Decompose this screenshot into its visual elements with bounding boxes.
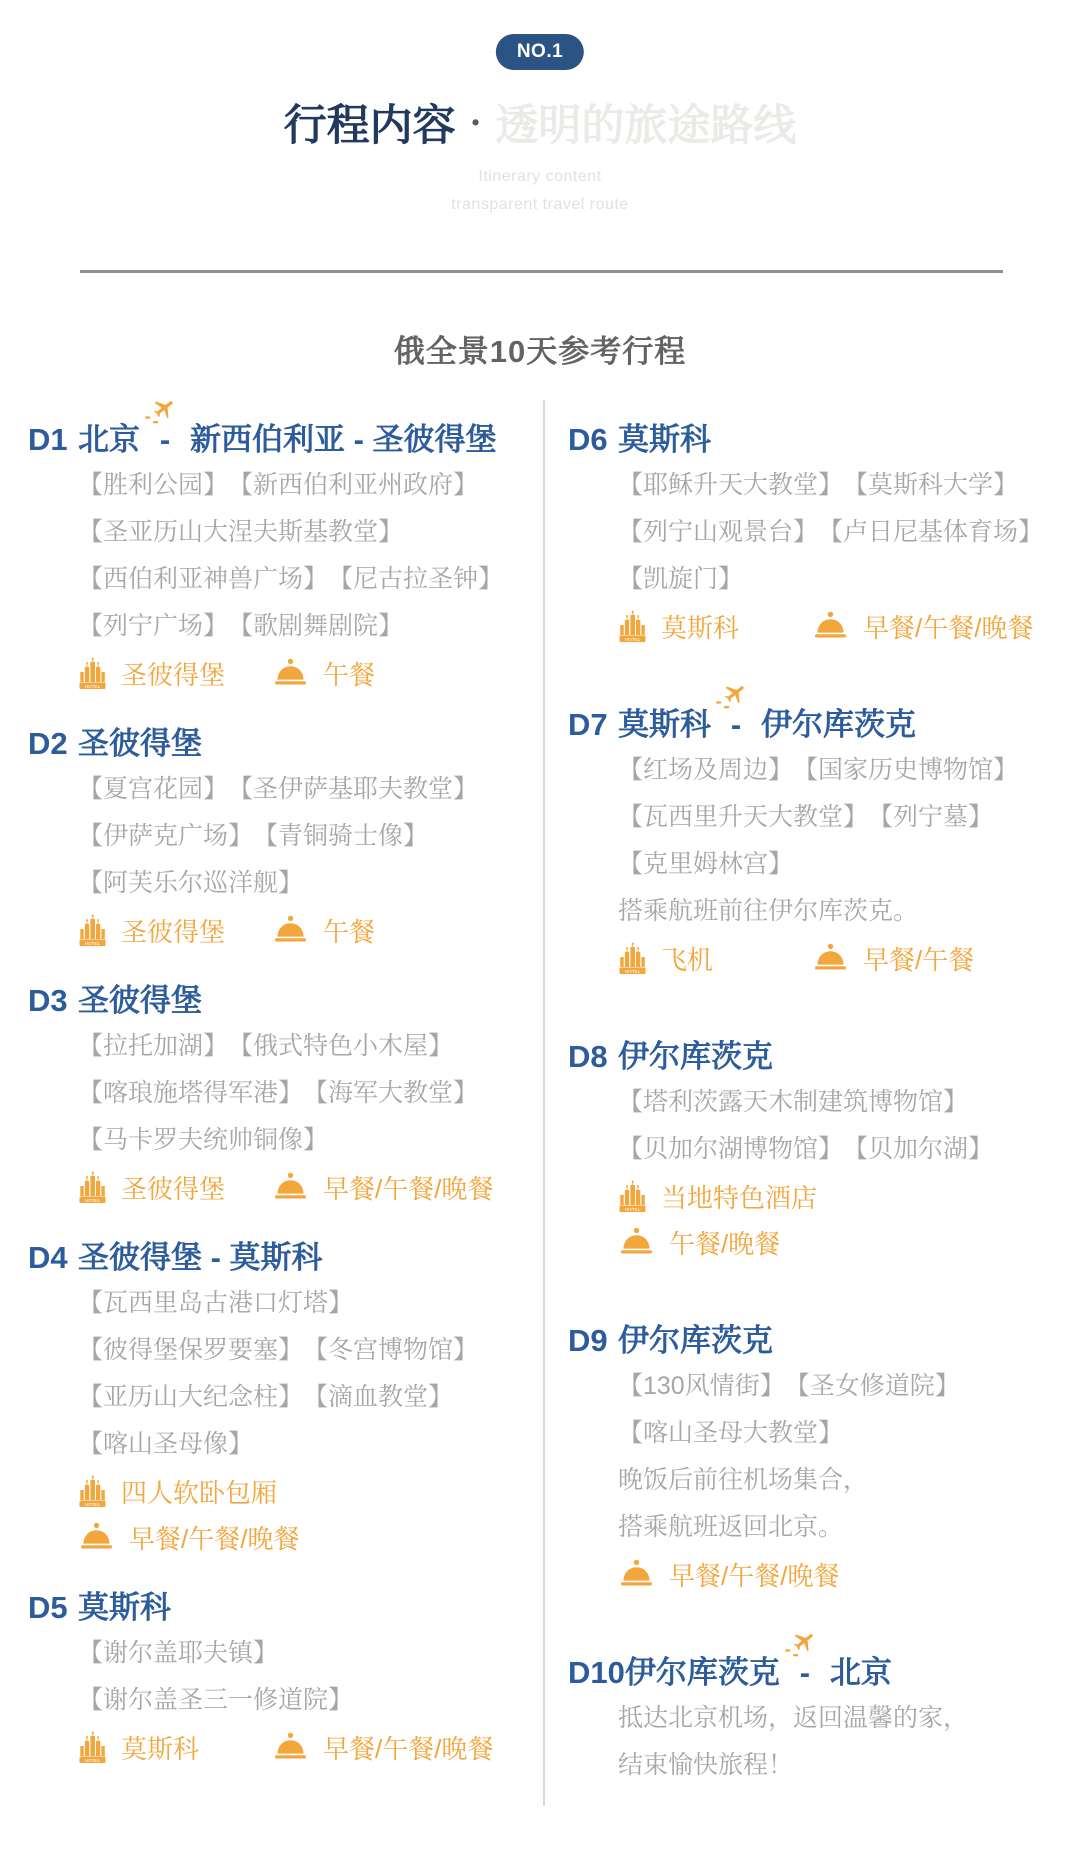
attractions-line: 【贝加尔湖博物馆】 【贝加尔湖】 (618, 1126, 1073, 1173)
day-label: D1 (28, 418, 78, 462)
hotel-icon (618, 610, 647, 643)
meal-icon (812, 943, 849, 973)
route-city: 伊尔库茨克 (625, 1655, 780, 1690)
day-route: 伊尔库茨克 (618, 1319, 773, 1363)
day-block-d6: D6 莫斯科 【耶稣升天大教堂】 【莫斯科大学】 【列宁山观景台】 【卢日尼基体… (568, 418, 1073, 649)
meal-icon (272, 1732, 309, 1762)
attractions-line: 【喀琅施塔得军港】 【海军大教堂】 (78, 1070, 533, 1117)
page-title-main: 行程内容 (284, 101, 456, 151)
hotel-badge: 当地特色酒店 (618, 1178, 817, 1215)
attractions-line: 【列宁山观景台】 【卢日尼基体育场】 (618, 509, 1073, 556)
attractions-line: 【瓦西里岛古港口灯塔】 (78, 1280, 533, 1327)
itinerary-column-left: D1 北京-新西伯利亚 - 圣彼得堡 【胜利公园】 【新西伯利亚州政府】 【圣亚… (28, 418, 533, 1796)
hotel-badge: 莫斯科 (618, 608, 790, 645)
attractions-line: 【彼得堡保罗要塞】 【冬宫博物馆】 (78, 1327, 533, 1374)
note-line: 晚饭后前往机场集合， (618, 1457, 1073, 1504)
meal-icon (618, 1559, 655, 1589)
meal-badge: 午餐 (272, 655, 375, 692)
hotel-badge: 四人软卧包厢 (78, 1473, 277, 1510)
meal-icon (272, 658, 309, 688)
day-body: 【胜利公园】 【新西伯利亚州政府】 【圣亚历山大涅夫斯基教堂】 【西伯利亚神兽广… (78, 462, 533, 696)
day-route: 圣彼得堡 (78, 979, 202, 1023)
day-body: 抵达北京机场，返回温馨的家， 结束愉快旅程！ (618, 1695, 1073, 1789)
horizontal-divider (80, 270, 1003, 273)
attractions-line: 【亚历山大纪念柱】 【滴血教堂】 (78, 1374, 533, 1421)
flight-segment: - (780, 1651, 830, 1695)
meal-text: 早餐/午餐/晚餐 (323, 1169, 493, 1206)
attractions-line: 【列宁广场】 【歌剧舞剧院】 (78, 603, 533, 650)
hotel-badge: 圣彼得堡 (78, 912, 250, 949)
day-block-d7: D7 莫斯科-伊尔库茨克 【红场及周边】 【国家历史博物馆】 【瓦西里升天大教堂… (568, 703, 1073, 981)
day-block-d9: D9 伊尔库茨克 【130风情街】 【圣女修道院】 【喀山圣母大教堂】 晚饭后前… (568, 1319, 1073, 1597)
hotel-badge: 莫斯科 (78, 1729, 250, 1766)
attractions-line: 【130风情街】 【圣女修道院】 (618, 1363, 1073, 1410)
itinerary-page: NO.1 行程内容·透明的旅途路线 Itinerary content tran… (0, 0, 1080, 1853)
attractions-line: 【耶稣升天大教堂】 【莫斯科大学】 (618, 462, 1073, 509)
column-divider (543, 400, 545, 1806)
meal-row: 午餐/晚餐 (618, 1219, 1073, 1265)
flight-dash: - (800, 1655, 810, 1690)
hotel-badge: 圣彼得堡 (78, 655, 250, 692)
hotel-name: 四人软卧包厢 (121, 1473, 277, 1510)
meal-badge: 早餐/午餐/晚餐 (272, 1729, 493, 1766)
day-route: 北京-新西伯利亚 - 圣彼得堡 (78, 418, 497, 462)
hotel-icon (618, 1180, 647, 1213)
day-route: 莫斯科 (618, 418, 711, 462)
itinerary-column-right: D6 莫斯科 【耶稣升天大教堂】 【莫斯科大学】 【列宁山观景台】 【卢日尼基体… (568, 418, 1073, 1843)
airplane-icon (784, 1626, 824, 1660)
hotel-name: 莫斯科 (121, 1729, 199, 1766)
section-number-badge: NO.1 (496, 34, 584, 70)
attractions-line: 【夏宫花园】 【圣伊萨基耶夫教堂】 (78, 766, 533, 813)
meal-text: 早餐/午餐 (863, 940, 974, 977)
title-dot-separator: · (470, 103, 482, 143)
day-title: D8 伊尔库茨克 (568, 1035, 1073, 1079)
hotel-icon (78, 1731, 107, 1764)
day-block-d1: D1 北京-新西伯利亚 - 圣彼得堡 【胜利公园】 【新西伯利亚州政府】 【圣亚… (28, 418, 533, 696)
meal-text: 午餐 (323, 912, 375, 949)
day-body: 【塔利茨露天木制建筑博物馆】 【贝加尔湖博物馆】 【贝加尔湖】 当地特色酒店 午… (618, 1079, 1073, 1265)
flight-segment: - (711, 703, 761, 747)
day-block-d3: D3 圣彼得堡 【拉托加湖】 【俄式特色小木屋】 【喀琅施塔得军港】 【海军大教… (28, 979, 533, 1210)
note-line: 结束愉快旅程！ (618, 1742, 1073, 1789)
airplane-icon (715, 678, 755, 712)
attractions-line: 【谢尔盖耶夫镇】 (78, 1630, 533, 1677)
day-label: D4 (28, 1236, 78, 1280)
meal-icon (78, 1522, 115, 1552)
day-route: 圣彼得堡 - 莫斯科 (78, 1236, 323, 1280)
hotel-icon (78, 1171, 107, 1204)
route-city: 北京 (78, 422, 140, 457)
day-route: 莫斯科-伊尔库茨克 (618, 703, 916, 747)
subtitle-english-2: transparent travel route (0, 196, 1080, 214)
hotel-name: 圣彼得堡 (121, 912, 225, 949)
meal-text: 早餐/午餐/晚餐 (129, 1519, 299, 1556)
hotel-meal-row: 飞机 早餐/午餐 (618, 935, 1073, 981)
meal-badge: 早餐/午餐/晚餐 (78, 1519, 299, 1556)
day-label: D5 (28, 1586, 78, 1630)
day-block-d4: D4 圣彼得堡 - 莫斯科 【瓦西里岛古港口灯塔】 【彼得堡保罗要塞】 【冬宫博… (28, 1236, 533, 1560)
hotel-row: 当地特色酒店 (618, 1173, 1073, 1219)
attractions-line: 【喀山圣母大教堂】 (618, 1410, 1073, 1457)
meal-text: 早餐/午餐/晚餐 (323, 1729, 493, 1766)
flight-dash: - (160, 422, 170, 457)
day-body: 【瓦西里岛古港口灯塔】 【彼得堡保罗要塞】 【冬宫博物馆】 【亚历山大纪念柱】 … (78, 1280, 533, 1560)
hotel-name: 圣彼得堡 (121, 655, 225, 692)
attractions-line: 【喀山圣母像】 (78, 1421, 533, 1468)
route-city: 伊尔库茨克 (761, 707, 916, 742)
hotel-name: 当地特色酒店 (661, 1178, 817, 1215)
meal-row: 早餐/午餐/晚餐 (78, 1514, 533, 1560)
attractions-line: 【西伯利亚神兽广场】 【尼古拉圣钟】 (78, 556, 533, 603)
day-label: D3 (28, 979, 78, 1023)
flight-dash: - (731, 707, 741, 742)
day-body: 【红场及周边】 【国家历史博物馆】 【瓦西里升天大教堂】 【列宁墓】 【克里姆林… (618, 747, 1073, 981)
meal-badge: 午餐 (272, 912, 375, 949)
attractions-line: 【胜利公园】 【新西伯利亚州政府】 (78, 462, 533, 509)
day-label: D9 (568, 1319, 618, 1363)
hotel-badge: 圣彼得堡 (78, 1169, 250, 1206)
meal-badge: 早餐/午餐 (812, 940, 974, 977)
day-body: 【耶稣升天大教堂】 【莫斯科大学】 【列宁山观景台】 【卢日尼基体育场】 【凯旋… (618, 462, 1073, 649)
day-block-d8: D8 伊尔库茨克 【塔利茨露天木制建筑博物馆】 【贝加尔湖博物馆】 【贝加尔湖】… (568, 1035, 1073, 1265)
day-block-d2: D2 圣彼得堡 【夏宫花园】 【圣伊萨基耶夫教堂】 【伊萨克广场】 【青铜骑士像… (28, 722, 533, 953)
day-route: 莫斯科 (78, 1586, 171, 1630)
airplane-icon (144, 393, 184, 427)
day-title: D7 莫斯科-伊尔库茨克 (568, 703, 1073, 747)
meal-icon (812, 611, 849, 641)
day-title: D3 圣彼得堡 (28, 979, 533, 1023)
attractions-line: 【阿芙乐尔巡洋舰】 (78, 860, 533, 907)
meal-text: 早餐/午餐/晚餐 (863, 608, 1033, 645)
hotel-name: 莫斯科 (661, 608, 739, 645)
day-title: D10 伊尔库茨克-北京 (568, 1651, 1073, 1695)
page-title: 行程内容·透明的旅途路线 (0, 92, 1080, 153)
note-line: 搭乘航班返回北京。 (618, 1504, 1073, 1551)
attractions-line: 【瓦西里升天大教堂】 【列宁墓】 (618, 794, 1073, 841)
route-city: 莫斯科 (618, 707, 711, 742)
attractions-line: 【马卡罗夫统帅铜像】 (78, 1117, 533, 1164)
day-body: 【夏宫花园】 【圣伊萨基耶夫教堂】 【伊萨克广场】 【青铜骑士像】 【阿芙乐尔巡… (78, 766, 533, 953)
day-body: 【130风情街】 【圣女修道院】 【喀山圣母大教堂】 晚饭后前往机场集合， 搭乘… (618, 1363, 1073, 1597)
day-label: D8 (568, 1035, 618, 1079)
note-line: 抵达北京机场，返回温馨的家， (618, 1695, 1073, 1742)
attractions-line: 【圣亚历山大涅夫斯基教堂】 (78, 509, 533, 556)
day-route: 伊尔库茨克-北京 (625, 1651, 892, 1695)
attractions-line: 【红场及周边】 【国家历史博物馆】 (618, 747, 1073, 794)
day-block-d5: D5 莫斯科 【谢尔盖耶夫镇】 【谢尔盖圣三一修道院】 莫斯科 早餐/午餐/晚餐 (28, 1586, 533, 1770)
hotel-icon (78, 1475, 107, 1508)
hotel-meal-row: 莫斯科 早餐/午餐/晚餐 (78, 1724, 533, 1770)
meal-badge: 午餐/晚餐 (618, 1224, 780, 1261)
day-block-d10: D10 伊尔库茨克-北京 抵达北京机场，返回温馨的家， 结束愉快旅程！ (568, 1651, 1073, 1789)
route-city: 北京 (830, 1655, 892, 1690)
attractions-line: 【克里姆林宫】 (618, 841, 1073, 888)
attractions-line: 【伊萨克广场】 【青铜骑士像】 (78, 813, 533, 860)
day-title: D4 圣彼得堡 - 莫斯科 (28, 1236, 533, 1280)
day-route: 伊尔库茨克 (618, 1035, 773, 1079)
attractions-line: 【谢尔盖圣三一修道院】 (78, 1677, 533, 1724)
attractions-line: 【凯旋门】 (618, 556, 1073, 603)
day-title: D5 莫斯科 (28, 1586, 533, 1630)
subtitle-english-1: Itinerary content (0, 168, 1080, 186)
hotel-meal-row: 莫斯科 早餐/午餐/晚餐 (618, 603, 1073, 649)
hotel-meal-row: 圣彼得堡 早餐/午餐/晚餐 (78, 1164, 533, 1210)
day-label: D7 (568, 703, 618, 747)
hotel-meal-row: 圣彼得堡 午餐 (78, 907, 533, 953)
attractions-line: 【塔利茨露天木制建筑博物馆】 (618, 1079, 1073, 1126)
meal-text: 早餐/午餐/晚餐 (669, 1556, 839, 1593)
day-route: 圣彼得堡 (78, 722, 202, 766)
hotel-badge: 飞机 (618, 940, 790, 977)
day-title: D9 伊尔库茨克 (568, 1319, 1073, 1363)
day-body: 【拉托加湖】 【俄式特色小木屋】 【喀琅施塔得军港】 【海军大教堂】 【马卡罗夫… (78, 1023, 533, 1210)
meal-badge: 早餐/午餐/晚餐 (618, 1556, 839, 1593)
meal-icon (618, 1227, 655, 1257)
hotel-meal-row: 圣彼得堡 午餐 (78, 650, 533, 696)
itinerary-section-title: 俄全景10天参考行程 (0, 326, 1080, 371)
day-label: D6 (568, 418, 618, 462)
meal-text: 午餐/晚餐 (669, 1224, 780, 1261)
hotel-name: 圣彼得堡 (121, 1169, 225, 1206)
meal-badge: 早餐/午餐/晚餐 (272, 1169, 493, 1206)
hotel-icon (618, 942, 647, 975)
note-line: 搭乘航班前往伊尔库茨克。 (618, 888, 1073, 935)
hotel-row: 四人软卧包厢 (78, 1468, 533, 1514)
meal-badge: 早餐/午餐/晚餐 (812, 608, 1033, 645)
hotel-icon (78, 657, 107, 690)
day-label: D10 (568, 1651, 625, 1695)
day-label: D2 (28, 722, 78, 766)
day-body: 【谢尔盖耶夫镇】 【谢尔盖圣三一修道院】 莫斯科 早餐/午餐/晚餐 (78, 1630, 533, 1770)
attractions-line: 【拉托加湖】 【俄式特色小木屋】 (78, 1023, 533, 1070)
meal-row: 早餐/午餐/晚餐 (618, 1551, 1073, 1597)
page-title-ghost: 透明的旅途路线 (495, 101, 796, 151)
day-title: D1 北京-新西伯利亚 - 圣彼得堡 (28, 418, 533, 462)
hotel-name: 飞机 (661, 940, 713, 977)
route-city: 新西伯利亚 - 圣彼得堡 (190, 422, 497, 457)
meal-icon (272, 1172, 309, 1202)
hotel-icon (78, 914, 107, 947)
day-title: D2 圣彼得堡 (28, 722, 533, 766)
meal-text: 午餐 (323, 655, 375, 692)
flight-segment: - (140, 418, 190, 462)
day-title: D6 莫斯科 (568, 418, 1073, 462)
meal-icon (272, 915, 309, 945)
